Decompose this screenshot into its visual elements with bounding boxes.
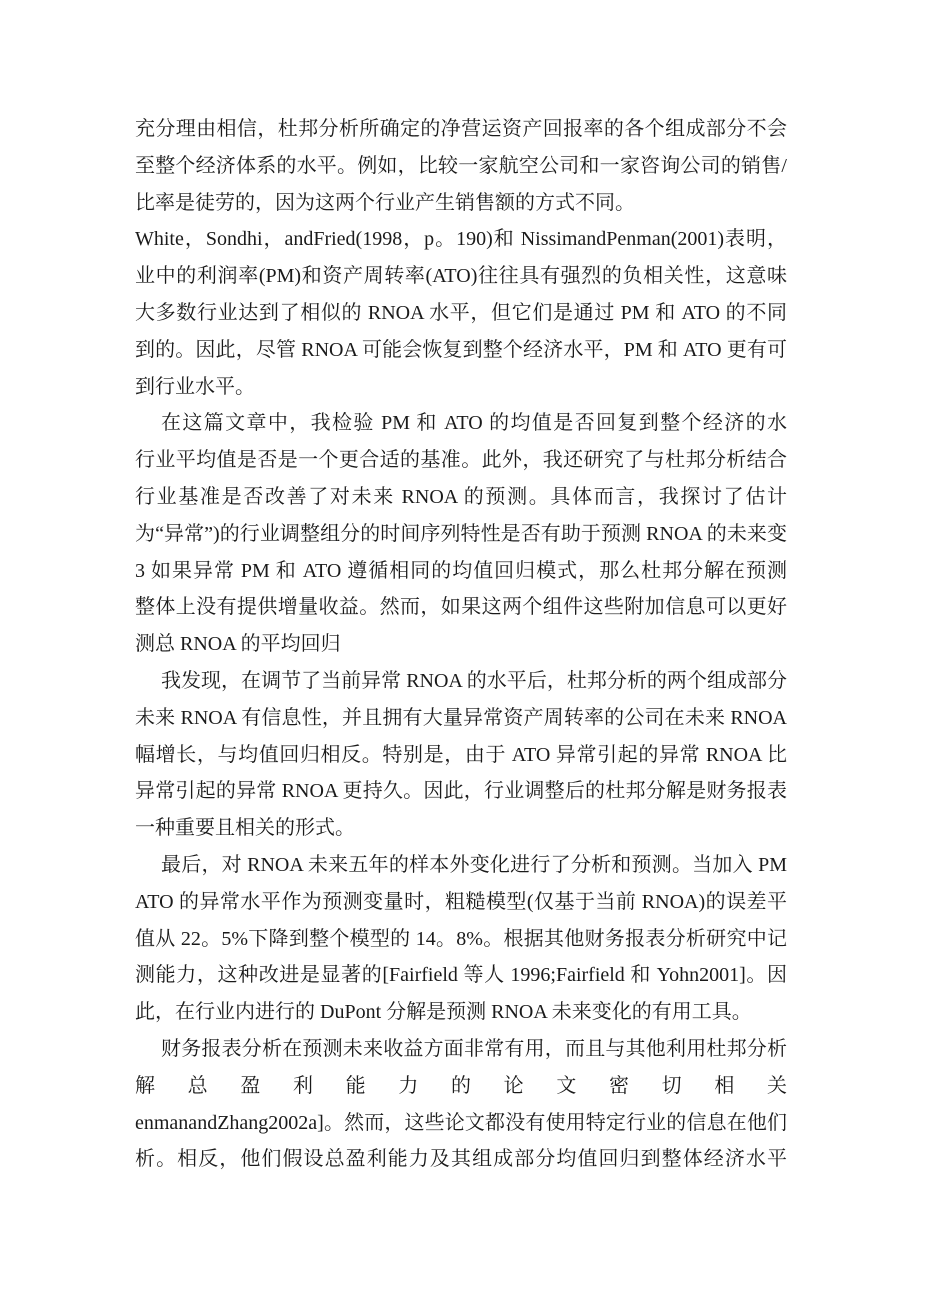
text-line: 充分理由相信，杜邦分析所确定的净营运资产回报率的各个组成部分不会回复 [135, 111, 787, 148]
text-line: 业中的利润率(PM)和资产周转率(ATO)往往具有强烈的负相关性，这意味着尽管 [135, 258, 787, 295]
text-line: 行业平均值是否是一个更合适的基准。此外，我还研究了与杜邦分析结合使用 [135, 442, 787, 479]
paragraph: 充分理由相信，杜邦分析所确定的净营运资产回报率的各个组成部分不会回复至整个经济体… [135, 111, 787, 221]
text-line: 行业基准是否改善了对未来 RNOA 的预测。具体而言，我探讨了估计 RNOA(标… [135, 479, 787, 516]
paragraph: 在这篇文章中，我检验 PM 和 ATO 的均值是否回复到整个经济的水平，或者行业… [135, 405, 787, 663]
text-line: 大多数行业达到了相似的 RNOA 水平，但它们是通过 PM 和 ATO 的不同组… [135, 295, 787, 332]
text-line: 3 如果异常 PM 和 ATO 遵循相同的均值回归模式，那么杜邦分解在预测 RN… [135, 553, 787, 590]
document-page: 充分理由相信，杜邦分析所确定的净营运资产回报率的各个组成部分不会回复至整个经济体… [0, 0, 926, 1309]
text-line: 析。相反，他们假设总盈利能力及其组成部分均值回归到整体经济水平[Nissim [135, 1141, 787, 1178]
paragraph: 最后，对 RNOA 未来五年的样本外变化进行了分析和预测。当加入 PM 和ATO… [135, 847, 787, 1031]
text-line: 为“异常”)的行业调整组分的时间序列特性是否有助于预测 RNOA 的未来变化。 [135, 516, 787, 553]
text-line: 最后，对 RNOA 未来五年的样本外变化进行了分析和预测。当加入 PM 和 [135, 847, 787, 884]
paragraph: White，Sondhi，andFried(1998，p。190)和 Nissi… [135, 221, 787, 405]
paragraph: 财务报表分析在预测未来收益方面非常有用，而且与其他利用杜邦分析分解总盈利能力的论… [135, 1031, 787, 1178]
text-line: 测能力，这种改进是显著的[Fairfield 等人 1996;Fairfield… [135, 957, 787, 994]
text-line: 整体上没有提供增量收益。然而，如果这两个组件这些附加信息可以更好地预 [135, 589, 787, 626]
text-line: 财务报表分析在预测未来收益方面非常有用，而且与其他利用杜邦分析分 [135, 1031, 787, 1068]
text-line: 我发现，在调节了当前异常 RNOA 的水平后，杜邦分析的两个组成部分都对 [135, 663, 787, 700]
text-line: 未来 RNOA 有信息性，并且拥有大量异常资产周转率的公司在未来 RNOA 中有… [135, 700, 787, 737]
text-line: 一种重要且相关的形式。 [135, 810, 787, 847]
text-line: 至整个经济体系的水平。例如，比较一家航空公司和一家咨询公司的销售/资产 [135, 148, 787, 185]
text-line: 到行业水平。 [135, 369, 787, 406]
text-line: enmanandZhang2002a]。然而，这些论文都没有使用特定行业的信息在… [135, 1105, 787, 1142]
text-line: 幅增长，与均值回归相反。特别是，由于 ATO 异常引起的异常 RNOA 比由于 … [135, 737, 787, 774]
text-line: 异常引起的异常 RNOA 更持久。因此，行业调整后的杜邦分解是财务报表分析的 [135, 773, 787, 810]
text-line: 值从 22。5%下降到整个模型的 14。8%。根据其他财务报表分析研究中记录的预 [135, 921, 787, 958]
text-line: 此，在行业内进行的 DuPont 分解是预测 RNOA 未来变化的有用工具。 [135, 994, 787, 1031]
text-line: 比率是徒劳的，因为这两个行业产生销售额的方式不同。 [135, 185, 787, 222]
text-line: 测总 RNOA 的平均回归 [135, 626, 787, 663]
text-line: White，Sondhi，andFried(1998，p。190)和 Nissi… [135, 221, 787, 258]
text-line: 解总盈利能力的论文密切相关[NissimandPenman2001;Fairfi… [135, 1068, 787, 1105]
text-line: ATO 的异常水平作为预测变量时，粗糙模型(仅基于当前 RNOA)的误差平均绝对 [135, 884, 787, 921]
page-text: 充分理由相信，杜邦分析所确定的净营运资产回报率的各个组成部分不会回复至整个经济体… [135, 111, 787, 1178]
paragraph: 我发现，在调节了当前异常 RNOA 的水平后，杜邦分析的两个组成部分都对未来 R… [135, 663, 787, 847]
text-line: 在这篇文章中，我检验 PM 和 ATO 的均值是否回复到整个经济的水平，或者 [135, 405, 787, 442]
text-line: 到的。因此，尽管 RNOA 可能会恢复到整个经济水平，PM 和 ATO 更有可能… [135, 332, 787, 369]
